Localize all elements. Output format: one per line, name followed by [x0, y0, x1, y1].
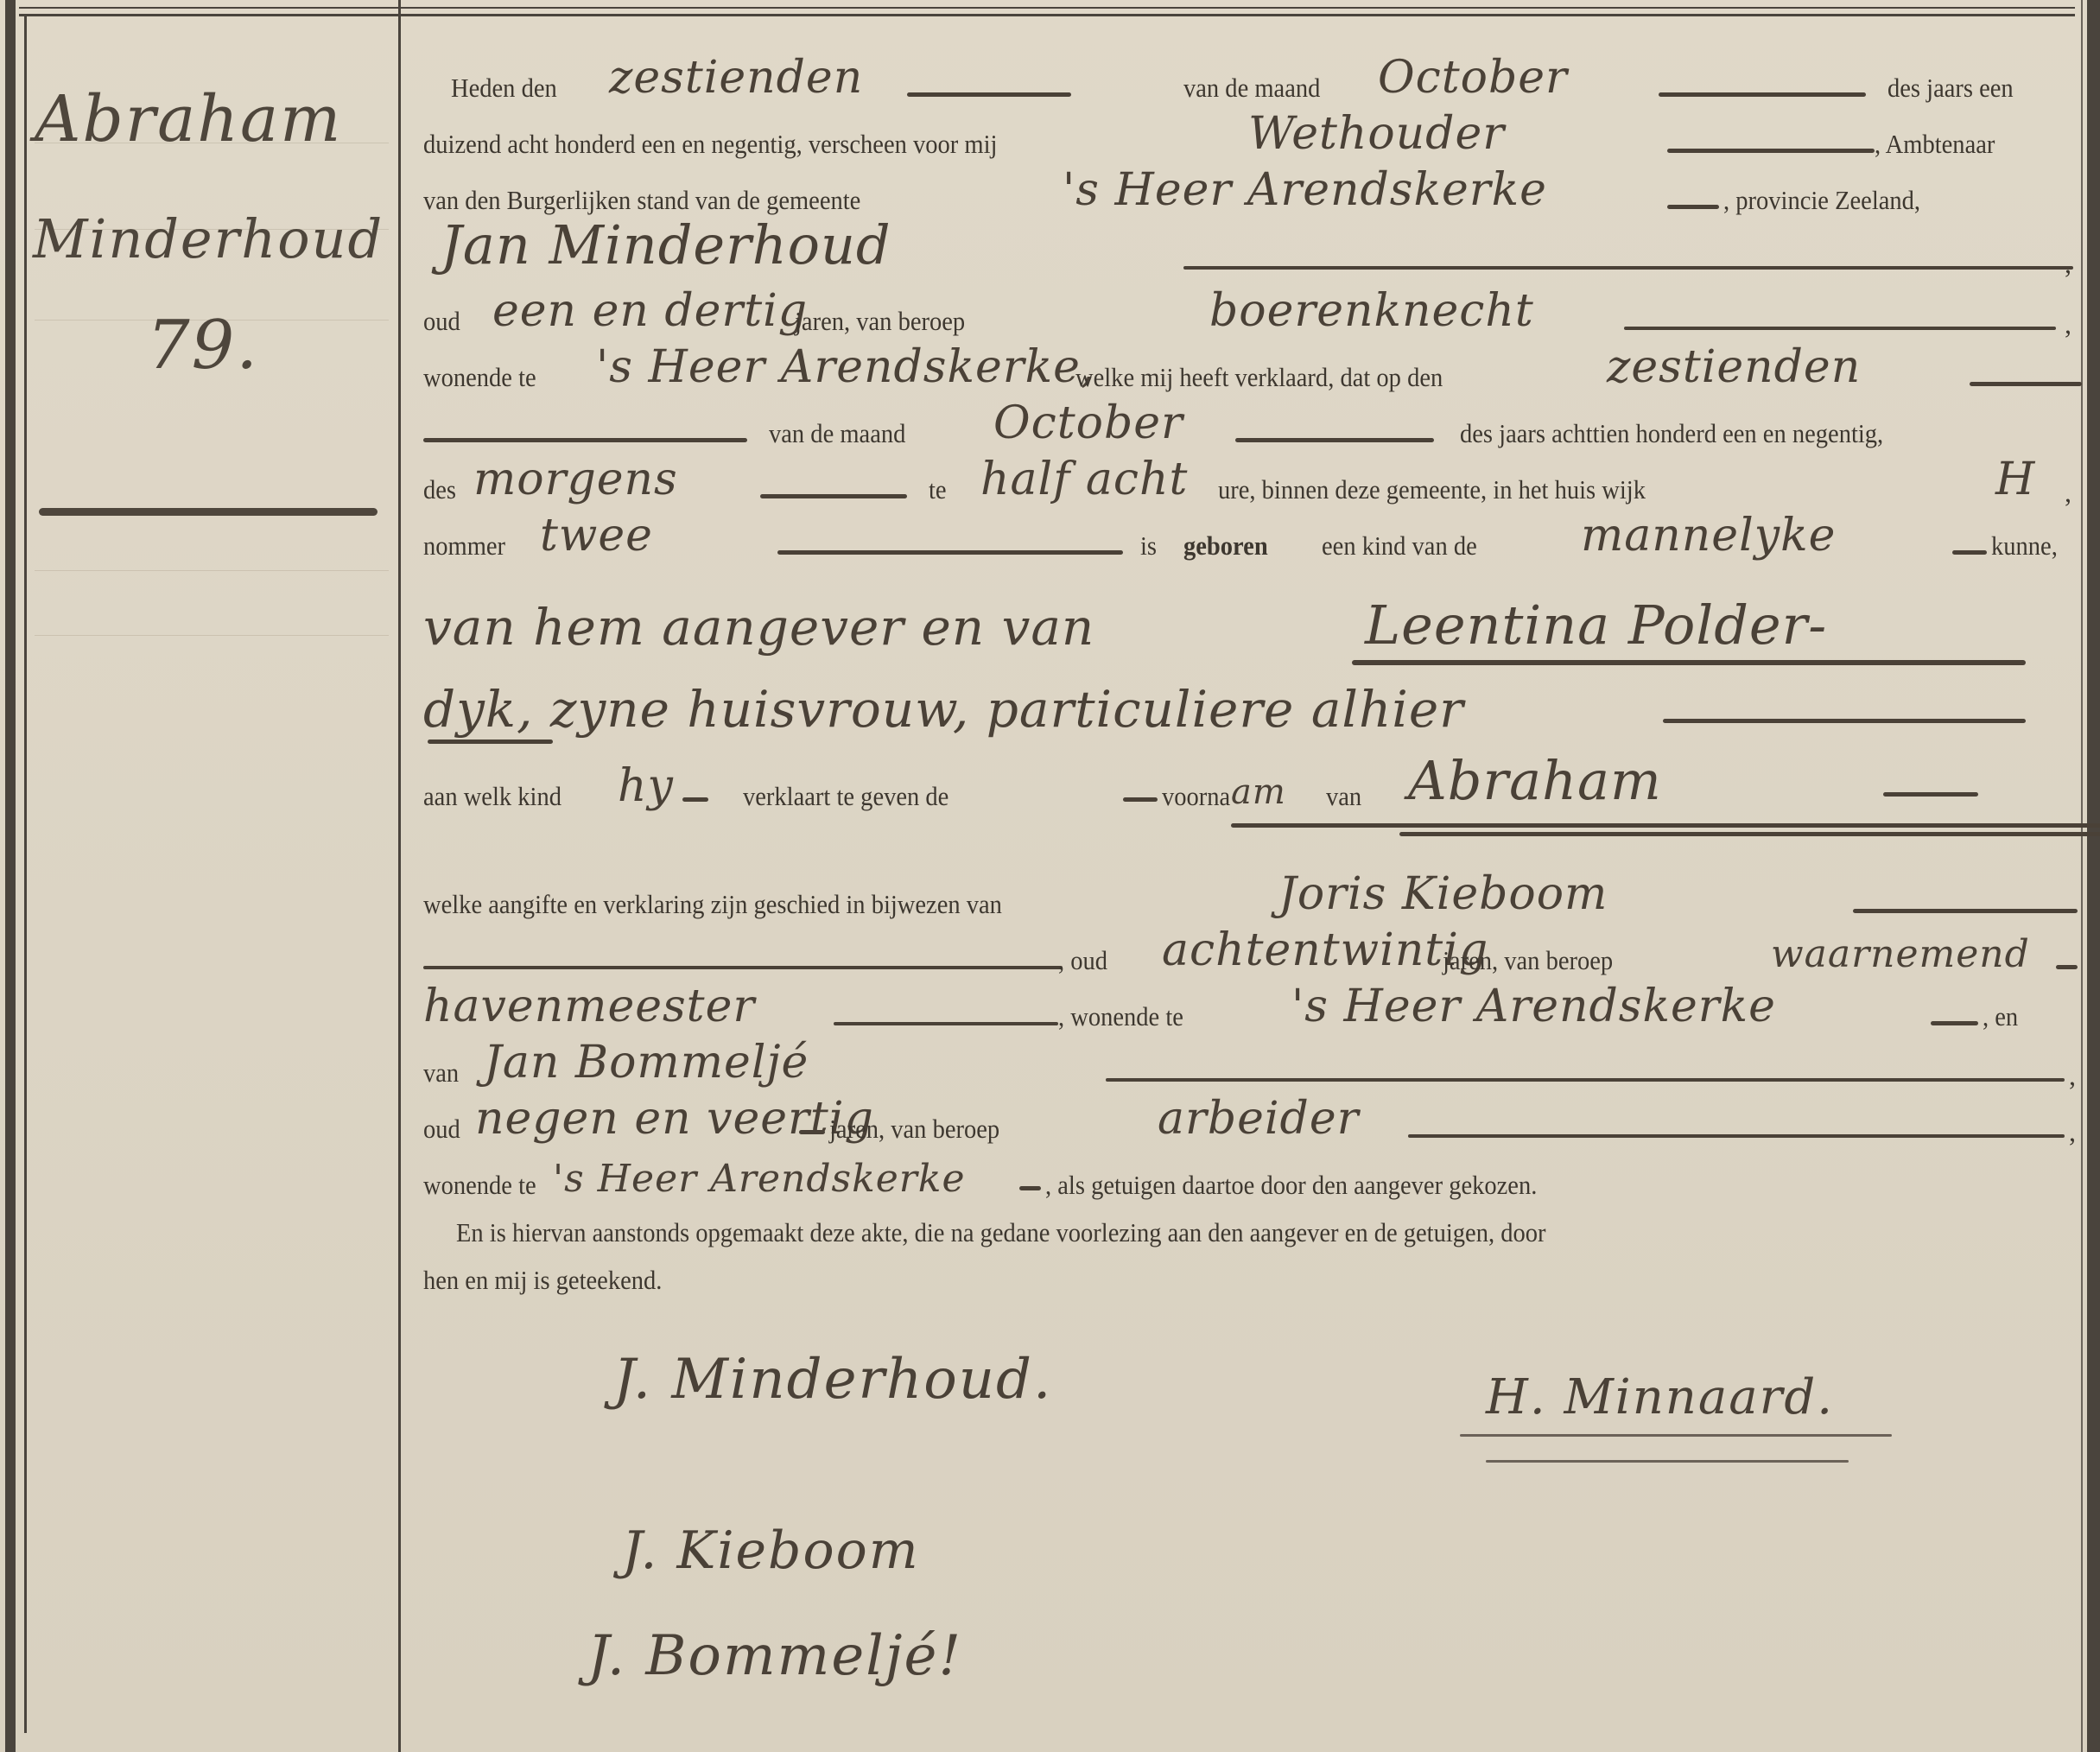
handwritten-witness2-age: negen en veertig — [475, 1093, 874, 1145]
printed-text: welke mij heeft verklaard, dat op den — [1075, 362, 1443, 393]
printed-text: oud — [423, 306, 460, 337]
handwritten-time-of-day: morgens — [473, 454, 678, 505]
comma: , — [2069, 1060, 2076, 1092]
handwritten-declarant-name: Jan Minderhoud — [441, 213, 891, 276]
fill-line — [799, 1130, 825, 1134]
handwritten-sex: mannelyke — [1581, 510, 1836, 562]
fill-line — [1019, 1186, 1041, 1190]
handwritten-day: zestienden — [609, 52, 863, 104]
fill-line — [1667, 205, 1719, 209]
handwritten-birth-day: zestienden — [1607, 341, 1861, 393]
printed-text: verklaart te geven de — [743, 781, 948, 812]
handwritten-witness1-name: Joris Kieboom — [1278, 868, 1608, 920]
printed-text: voorna — [1162, 781, 1230, 812]
text-line-15: havenmeester , wonende te 's Heer Arends… — [423, 981, 2065, 1041]
text-line-1: Heden den zestienden van de maand Octobe… — [423, 52, 2065, 112]
handwritten-house-number: twee — [540, 510, 653, 562]
fill-line — [1183, 266, 2073, 270]
margin-column-divider — [398, 0, 401, 1752]
printed-text: van — [1326, 781, 1361, 812]
fill-line — [1352, 660, 2026, 665]
fill-line — [2056, 965, 2078, 969]
fill-line — [1659, 92, 1866, 97]
fill-line — [1952, 550, 1987, 555]
printed-text: des — [423, 474, 456, 505]
printed-text: ure, binnen deze gemeente, in het huis w… — [1218, 474, 1646, 505]
handwritten-occupation: boerenknecht — [1209, 285, 1534, 337]
printed-text: , wonende te — [1058, 1001, 1183, 1032]
signature-underline — [1460, 1434, 1892, 1437]
fill-line — [423, 966, 1063, 969]
printed-text: te — [929, 474, 947, 505]
margin-record-number: 79. — [147, 307, 259, 384]
printed-text: welke aangifte en verklaring zijn geschi… — [423, 889, 1002, 920]
printed-text: des jaars achttien honderd een en negent… — [1460, 418, 1883, 449]
margin-child-first-name: Abraham — [35, 82, 342, 156]
fill-line — [682, 797, 708, 802]
handwritten-mother-name: Leentina Polder- — [1365, 594, 1827, 657]
fill-line — [1663, 719, 2026, 723]
handwritten-municipality: 's Heer Arendskerke — [1063, 164, 1547, 216]
printed-text: kunne, — [1991, 530, 2058, 562]
handwritten-suffix: am — [1231, 772, 1286, 812]
fill-line — [423, 438, 747, 442]
printed-text: aan welk kind — [423, 781, 561, 812]
fill-line — [760, 494, 907, 498]
text-line-4: Jan Minderhoud , — [423, 225, 2065, 285]
handwritten-witness1-occupation-cont: havenmeester — [423, 981, 755, 1032]
printed-text: , provincie Zeeland, — [1723, 185, 1920, 216]
text-line-8: des morgens te half acht ure, binnen dez… — [423, 454, 2065, 514]
handwritten-witness1-occupation: waarnemend — [1771, 932, 2030, 976]
printed-text: van — [423, 1057, 459, 1089]
fill-line — [1853, 909, 2078, 913]
comma: , — [2065, 477, 2071, 509]
comma: , — [2065, 248, 2071, 280]
guide-line — [35, 570, 389, 571]
right-border-thick — [2087, 0, 2100, 1752]
text-line-20: hen en mij is geteekend. — [423, 1244, 2065, 1304]
left-border-thin — [24, 14, 27, 1733]
top-rule-double — [19, 14, 2075, 16]
right-border-thin — [2081, 0, 2083, 1752]
printed-text: jaren, van beroep — [1443, 945, 1613, 976]
guide-line — [35, 635, 389, 636]
handwritten-birth-month: October — [993, 397, 1183, 449]
signature-witness1: J. Kieboom — [622, 1520, 920, 1581]
fill-line — [1931, 1021, 1978, 1025]
fill-line — [428, 740, 553, 744]
fill-line — [1667, 149, 1875, 153]
text-line-5: oud een en dertig jaren, van beroep boer… — [423, 285, 2065, 346]
handwritten-given-name: Abraham — [1408, 749, 1662, 812]
text-line-13: welke aangifte en verklaring zijn geschi… — [423, 868, 2065, 929]
signature-witness2: J. Bommeljé! — [587, 1624, 962, 1688]
printed-text: duizend acht honderd een en negentig, ve… — [423, 129, 997, 160]
printed-text: jaren, van beroep — [795, 306, 965, 337]
handwritten-mother-intro: van hem aangever en van — [423, 598, 1094, 657]
fill-line — [907, 92, 1071, 97]
printed-text: van de maand — [1183, 73, 1320, 104]
fill-line — [1235, 438, 1434, 442]
printed-text: van de maand — [769, 418, 905, 449]
handwritten-official-title: Wethouder — [1248, 108, 1505, 160]
printed-text: , Ambtenaar — [1875, 129, 1995, 160]
margin-rule — [39, 508, 377, 516]
printed-text-bold: geboren — [1183, 530, 1268, 562]
left-border-thick — [5, 0, 16, 1752]
text-line-11: dyk, zyne huisvrouw, particuliere alhier — [423, 670, 2065, 747]
top-rule — [19, 7, 2075, 9]
printed-text: van den Burgerlijken stand van de gemeen… — [423, 185, 860, 216]
handwritten-witness2-residence: 's Heer Arendskerke — [553, 1157, 966, 1201]
fill-line — [777, 550, 1123, 555]
handwritten-mother-details: dyk, zyne huisvrouw, particuliere alhier — [423, 680, 1464, 739]
text-line-10: van hem aangever en van Leentina Polder- — [423, 587, 2065, 665]
handwritten-month: October — [1378, 52, 1568, 104]
handwritten-pronoun: hy — [618, 760, 674, 812]
handwritten-witness1-age: achtentwintig — [1162, 924, 1488, 976]
fill-line — [1970, 382, 2082, 386]
comma: , — [2065, 308, 2071, 340]
fill-line — [1883, 792, 1978, 797]
text-line-12: aan welk kind hy verklaart te geven de v… — [423, 760, 2065, 821]
text-line-9: nommer twee is geboren een kind van de m… — [423, 510, 2065, 570]
printed-text: nommer — [423, 530, 505, 562]
printed-text: wonende te — [423, 362, 536, 393]
fill-line — [1231, 823, 2100, 828]
handwritten-age: een en dertig — [492, 285, 808, 337]
text-line-14: , oud achtentwintig jaren, van beroep wa… — [423, 924, 2065, 985]
text-line-16: van Jan Bommeljé , — [423, 1037, 2065, 1097]
text-line-2: duizend acht honderd een en negentig, ve… — [423, 108, 2065, 168]
printed-text: Heden den — [451, 73, 557, 104]
handwritten-residence: 's Heer Arendskerke, — [596, 341, 1095, 393]
comma: , — [2069, 1116, 2076, 1148]
fill-line — [1399, 832, 2100, 836]
handwritten-hour: half acht — [980, 454, 1188, 505]
printed-text: , en — [1983, 1001, 2018, 1032]
printed-text: is — [1140, 530, 1157, 562]
printed-text: oud — [423, 1114, 460, 1145]
handwritten-witness1-residence: 's Heer Arendskerke — [1291, 981, 1776, 1032]
handwritten-witness2-occupation: arbeider — [1158, 1093, 1359, 1145]
printed-text: hen en mij is geteekend. — [423, 1265, 662, 1296]
document-page: Abraham Minderhoud 79. Heden den zestien… — [0, 0, 2100, 1752]
text-line-17: oud negen en veertig jaren, van beroep a… — [423, 1093, 2065, 1153]
signature-official: H. Minnaard. — [1486, 1369, 1834, 1425]
fill-line — [834, 1022, 1058, 1025]
fill-line — [1106, 1078, 2065, 1082]
fill-line — [1408, 1134, 2065, 1138]
fill-line — [1624, 327, 2056, 330]
handwritten-ward: H — [1995, 454, 2035, 505]
text-line-6: wonende te 's Heer Arendskerke, welke mi… — [423, 341, 2065, 402]
margin-child-surname: Minderhoud — [33, 207, 384, 270]
printed-text: een kind van de — [1322, 530, 1477, 562]
signature-underline — [1486, 1460, 1849, 1463]
printed-text: jaren, van beroep — [829, 1114, 999, 1145]
printed-text: , oud — [1058, 945, 1107, 976]
handwritten-witness2-name: Jan Bommeljé — [484, 1037, 809, 1089]
text-line-7: van de maand October des jaars achttien … — [423, 397, 2065, 458]
signature-declarant: J. Minderhoud. — [613, 1348, 1052, 1412]
fill-line — [1123, 797, 1158, 802]
printed-text: des jaars een — [1887, 73, 2014, 104]
